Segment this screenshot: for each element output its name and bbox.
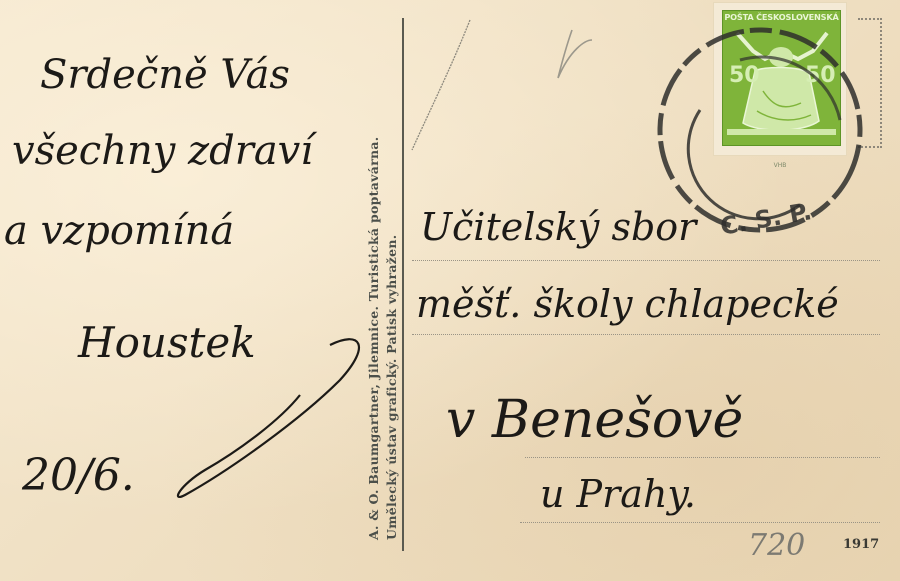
- address-line-2-rule: [412, 334, 880, 335]
- address-line-1: Učitelský sbor: [420, 205, 696, 249]
- address-line-2: měšť. školy chlapecké: [416, 282, 839, 326]
- address-line-3: v Benešově: [446, 390, 743, 450]
- pencil-note: 720: [748, 528, 805, 563]
- address-line-1-rule: [412, 260, 880, 261]
- address-line-4: u Prahy.: [540, 472, 696, 516]
- svg-text:C. S. P.: C. S. P.: [718, 197, 814, 241]
- print-year: 1917: [843, 537, 879, 552]
- postcard: Srdečně Vás všechny zdraví a vzpomíná Ho…: [0, 0, 900, 581]
- address-line-3-rule: [525, 457, 880, 458]
- address-line-4-rule: [520, 522, 880, 523]
